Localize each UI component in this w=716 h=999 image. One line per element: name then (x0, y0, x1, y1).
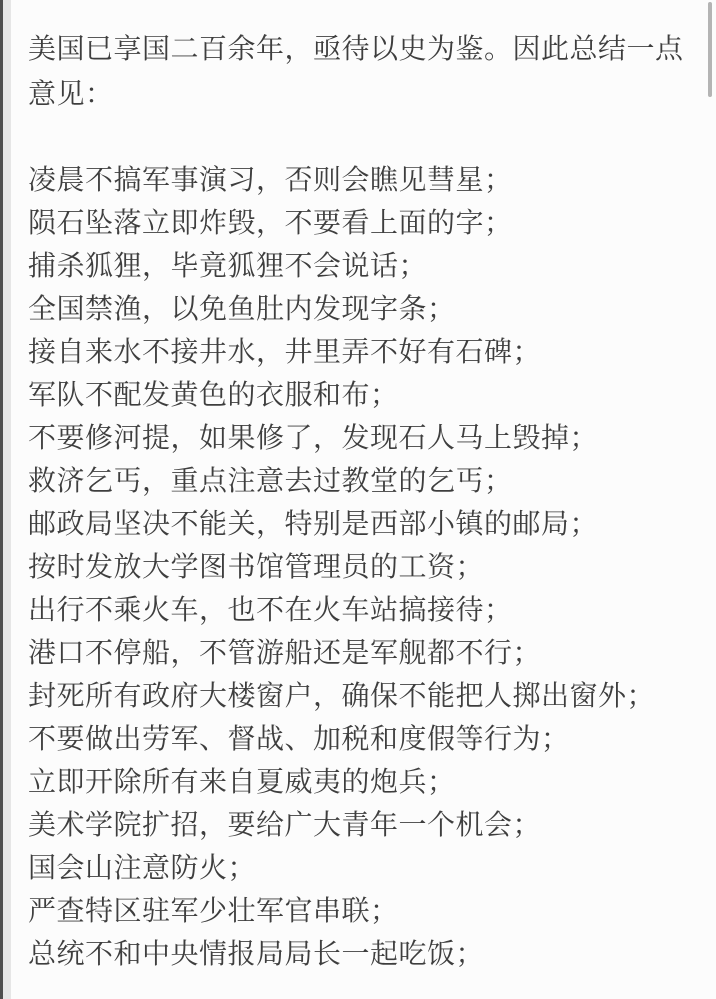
rules-list: 凌晨不搞军事演习，否则会瞧见彗星； 陨石坠落立即炸毁，不要看上面的字； 捕杀狐狸… (28, 158, 687, 975)
text-line: 封死所有政府大楼窗户，确保不能把人掷出窗外； (28, 674, 687, 717)
intro-paragraph: 美国已享国二百余年，亟待以史为鉴。因此总结一点意见： (28, 26, 704, 116)
text-line: 美术学院扩招，要给广大青年一个机会； (28, 803, 687, 846)
left-edge-strip (3, 0, 11, 999)
text-line: 港口不停船，不管游船还是军舰都不行； (28, 631, 687, 674)
text-line: 全国禁渔，以免鱼肚内发现字条； (28, 287, 687, 330)
scrollbar-thumb[interactable] (708, 2, 712, 97)
text-line: 陨石坠落立即炸毁，不要看上面的字； (28, 201, 687, 244)
text-line: 邮政局坚决不能关，特别是西部小镇的邮局； (28, 502, 687, 545)
text-line: 凌晨不搞军事演习，否则会瞧见彗星； (28, 158, 687, 201)
text-line: 按时发放大学图书馆管理员的工资； (28, 545, 687, 588)
text-line: 立即开除所有来自夏威夷的炮兵； (28, 760, 687, 803)
text-line: 不要修河提，如果修了，发现石人马上毁掉； (28, 416, 687, 459)
text-line: 不要做出劳军、督战、加税和度假等行为； (28, 717, 687, 760)
text-line: 接自来水不接井水，井里弄不好有石碑； (28, 330, 687, 373)
text-post-page: 美国已享国二百余年，亟待以史为鉴。因此总结一点意见： 凌晨不搞军事演习，否则会瞧… (0, 0, 716, 999)
text-line: 国会山注意防火； (28, 846, 687, 889)
text-content: 美国已享国二百余年，亟待以史为鉴。因此总结一点意见： 凌晨不搞军事演习，否则会瞧… (11, 0, 705, 999)
text-line: 严查特区驻军少壮军官串联； (28, 889, 687, 932)
text-line: 捕杀狐狸，毕竟狐狸不会说话； (28, 244, 687, 287)
text-line: 军队不配发黄色的衣服和布； (28, 373, 687, 416)
text-line: 出行不乘火车，也不在火车站搞接待； (28, 588, 687, 631)
text-line: 总统不和中央情报局局长一起吃饭； (28, 932, 687, 975)
text-line: 救济乞丐，重点注意去过教堂的乞丐； (28, 459, 687, 502)
